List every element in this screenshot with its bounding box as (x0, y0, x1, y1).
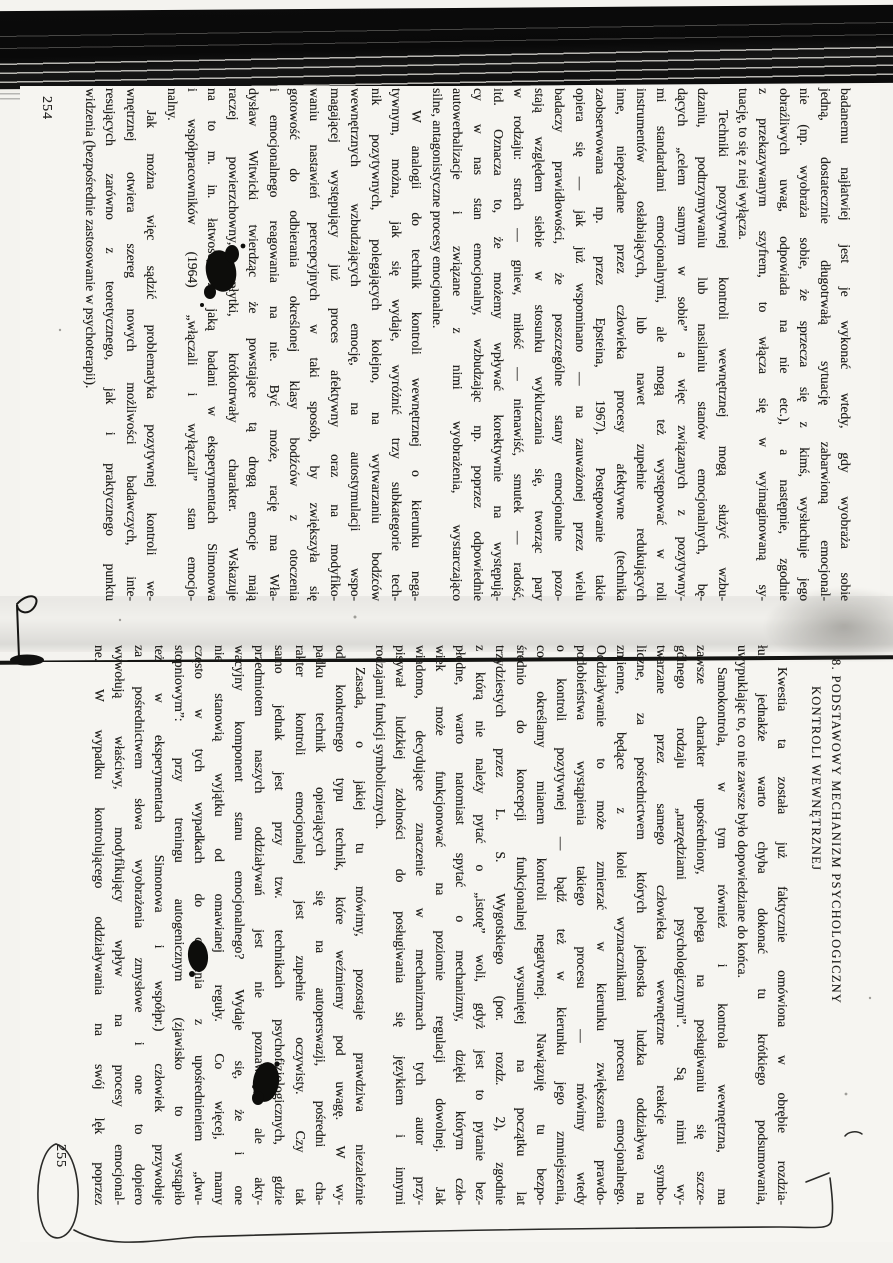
text-line: dysław Witwicki twierdząc że powstające … (243, 88, 263, 601)
text-line: przedmiotem naszych oddziaływań jest nie… (249, 645, 269, 1205)
text-line: nik pozytywnych, polegających kolejno, n… (365, 88, 385, 601)
text-line: gotowość do odbierania określonej klasy … (284, 88, 304, 601)
text-line: wiek może funkcjonować na poziomie regul… (430, 645, 450, 1205)
text-line: silne, antagonistyczne procesy emocjonal… (426, 88, 446, 601)
text-line: mi standardami emocjonalnymi, ale mogą t… (651, 88, 671, 601)
text-line: rodzajami funkcji symbolicznych. (370, 645, 390, 1205)
section-heading: 8. PODSTAWOWY MECHANIZM PSYCHOLOGICZNYKO… (806, 645, 846, 1205)
text-line: twarzane przez samego człowieka wewnętrz… (651, 645, 671, 1205)
text-line: z którą nie należy pytać o „istotę” woli… (470, 645, 490, 1205)
text-line: stają względem siebie w stosunku wyklucz… (529, 88, 549, 601)
text-line: opiera się — jak już wspominano — na zau… (569, 88, 589, 601)
text-line: zawsze charakter upośredniony, polega na… (691, 645, 711, 1205)
text-line: inne, niepożądane przez człowieka proces… (610, 88, 630, 601)
text-line: z przekazywanym szyfrem, to włącza się w… (753, 88, 773, 601)
text-line: nie (np. wyobraża sobie, że sprzecza się… (794, 88, 814, 601)
text-line: obraźliwych uwag, odpowiada na nie etc.)… (773, 88, 793, 601)
page-number-254: 254 (38, 96, 54, 120)
text-line: padku technik opierających się na autope… (310, 645, 330, 1205)
text-line: Samokontrola, w tym również i kontrola w… (711, 645, 731, 1205)
text-line: dzaniu, podtrzymywaniu lub nasilaniu sta… (692, 88, 712, 601)
text-line: gólnego rodzaju „narzędziami psychologic… (671, 645, 691, 1205)
text-line: raczej powierzchowny, płytki, krótkotrwa… (222, 88, 242, 601)
text-line: Kwestia ta została już faktycznie omówio… (772, 645, 792, 1205)
page-254-text-block: badanemu najłatwiej jest je wykonać wted… (80, 88, 856, 601)
text-line: i współpracowników (1964) „włączali i wy… (182, 88, 202, 601)
text-line: dących „celem samym w sobie” a więc zwią… (671, 88, 691, 601)
text-line: wnętrznej otwiera szereg nowych możliwoś… (120, 88, 140, 601)
text-line: 8. PODSTAWOWY MECHANIZM PSYCHOLOGICZNY (826, 645, 846, 1205)
text-line: zaobserwowana np. przez Epsteina, 1967).… (590, 88, 610, 601)
text-line: jedną, dostatecznie długotrwałą sytuację… (814, 88, 834, 601)
text-line: wacyjny komponent stanu emocjonalnego? W… (229, 645, 249, 1205)
text-line: wywołują właściwy, modyfikujący wpływ na… (109, 645, 129, 1205)
text-line: tywnym, można, jak się wydaje, wyróżnić … (386, 88, 406, 601)
text-line: od konkretnego typu technik, które weźmi… (330, 645, 350, 1205)
text-line: łu, jednakże warto chyba dokonać tu krót… (752, 645, 772, 1205)
text-line: często w tych wypadkach do czynienia z u… (189, 645, 209, 1205)
text-line: magającej występujący już proces afektyw… (324, 88, 344, 601)
text-line: uwypuklając to, co nie zawsze było dopow… (732, 645, 752, 1205)
text-line: tuację, to się z niej wyłącza. (733, 88, 753, 601)
text-line: KONTROLI WEWNĘTRZNEJ (806, 645, 826, 1205)
text-line: itd. Oznacza to, że możemy wpływać korek… (488, 88, 508, 601)
text-line: ne. W wypadku kontrolującego oddziaływan… (89, 645, 109, 1205)
text-line: o kontroli pozytywnej — bądź też w kieru… (551, 645, 571, 1205)
text-line: W analogii do technik kontroli wewnętrzn… (406, 88, 426, 601)
text-line: nie stanowią wyjątku od omawianej reguły… (209, 645, 229, 1205)
book-scan: badanemu najłatwiej jest je wykonać wted… (0, 0, 893, 1263)
text-line: w rodzaju: strach — gniew, miłość — nien… (508, 88, 528, 601)
text-line: rakter kontroli emocjonalnej jest zupełn… (289, 645, 309, 1205)
page-254-text: badanemu najłatwiej jest je wykonać wted… (80, 88, 855, 601)
text-line: widzenia (bezpośrednie zastosowanie w ps… (80, 88, 100, 601)
text-line: Oddziaływanie to może zmierzać w kierunk… (591, 645, 611, 1205)
text-line: średnio do koncepcji funkcjonalnej wysun… (511, 645, 531, 1205)
text-line: nalny. (161, 88, 181, 601)
text-line: Zasada, o jakiej tu mówimy, pozostaje pr… (350, 645, 370, 1205)
text-line: pisywał ludzkiej zdolności do posługiwan… (390, 645, 410, 1205)
text-line: badaczy prawidłowości, że poszczególne s… (549, 88, 569, 601)
text-line: waniu nastawień percepcyjnych w taki spo… (304, 88, 324, 601)
text-line: resujących zarówno z teoretycznego, jak … (100, 88, 120, 601)
text-line: i emocjonalnego reagowania na nie. Być m… (263, 88, 283, 601)
book-top-edge (0, 5, 893, 89)
text-line: badanemu najłatwiej jest je wykonać wted… (835, 88, 855, 601)
text-line: Techniki pozytywnej kontroli wewnętrznej… (712, 88, 732, 601)
text-line: cy w nas stan emocjonalny, wzbudzając np… (467, 88, 487, 601)
page-255-text-block: 8. PODSTAWOWY MECHANIZM PSYCHOLOGICZNYKO… (88, 645, 846, 1205)
text-line: podobieństwa wystąpienia takiego procesu… (571, 645, 591, 1205)
text-line: zmienne, będące z kolei wyznacznikami pr… (611, 645, 631, 1205)
text-line: Jak można więc sądzić problematyka pozyt… (141, 88, 161, 601)
text-line: instrumentów osłabiających, lub nawet zu… (631, 88, 651, 601)
text-line: za pośrednictwem słowa wyobrażenia zmysł… (129, 645, 149, 1205)
text-line: płodne, warto natomiast spytać o mechani… (450, 645, 470, 1205)
text-line: stopniowym”: przy treningu autogenicznym… (169, 645, 189, 1205)
text-line: na to m. in. łatwość, z jaką badani w ek… (202, 88, 222, 601)
text-line: co określamy mianem kontroli negatywnej.… (531, 645, 551, 1205)
page-255-body: Kwestia ta została już faktycznie omówio… (89, 645, 792, 1205)
text-line: wewnętrznych wzbudzających emocję, na au… (345, 88, 365, 601)
text-line: liczne, za pośrednictwem których jednost… (631, 645, 651, 1205)
text-line: też w eksperymentach Simonowa i współpr.… (149, 645, 169, 1205)
text-line: trzydziestych przez L. S. Wygotskiego (p… (490, 645, 510, 1205)
text-line: autowerbalizacje i związane z nimi wyobr… (447, 88, 467, 601)
text-line: samo jednak jest przy tzw. technikach ps… (269, 645, 289, 1205)
page-number-255: 255 (52, 1144, 68, 1168)
text-line: wiadomo, decydujące znaczenie w mechaniz… (410, 645, 430, 1205)
page-255-text: 8. PODSTAWOWY MECHANIZM PSYCHOLOGICZNYKO… (89, 645, 846, 1205)
